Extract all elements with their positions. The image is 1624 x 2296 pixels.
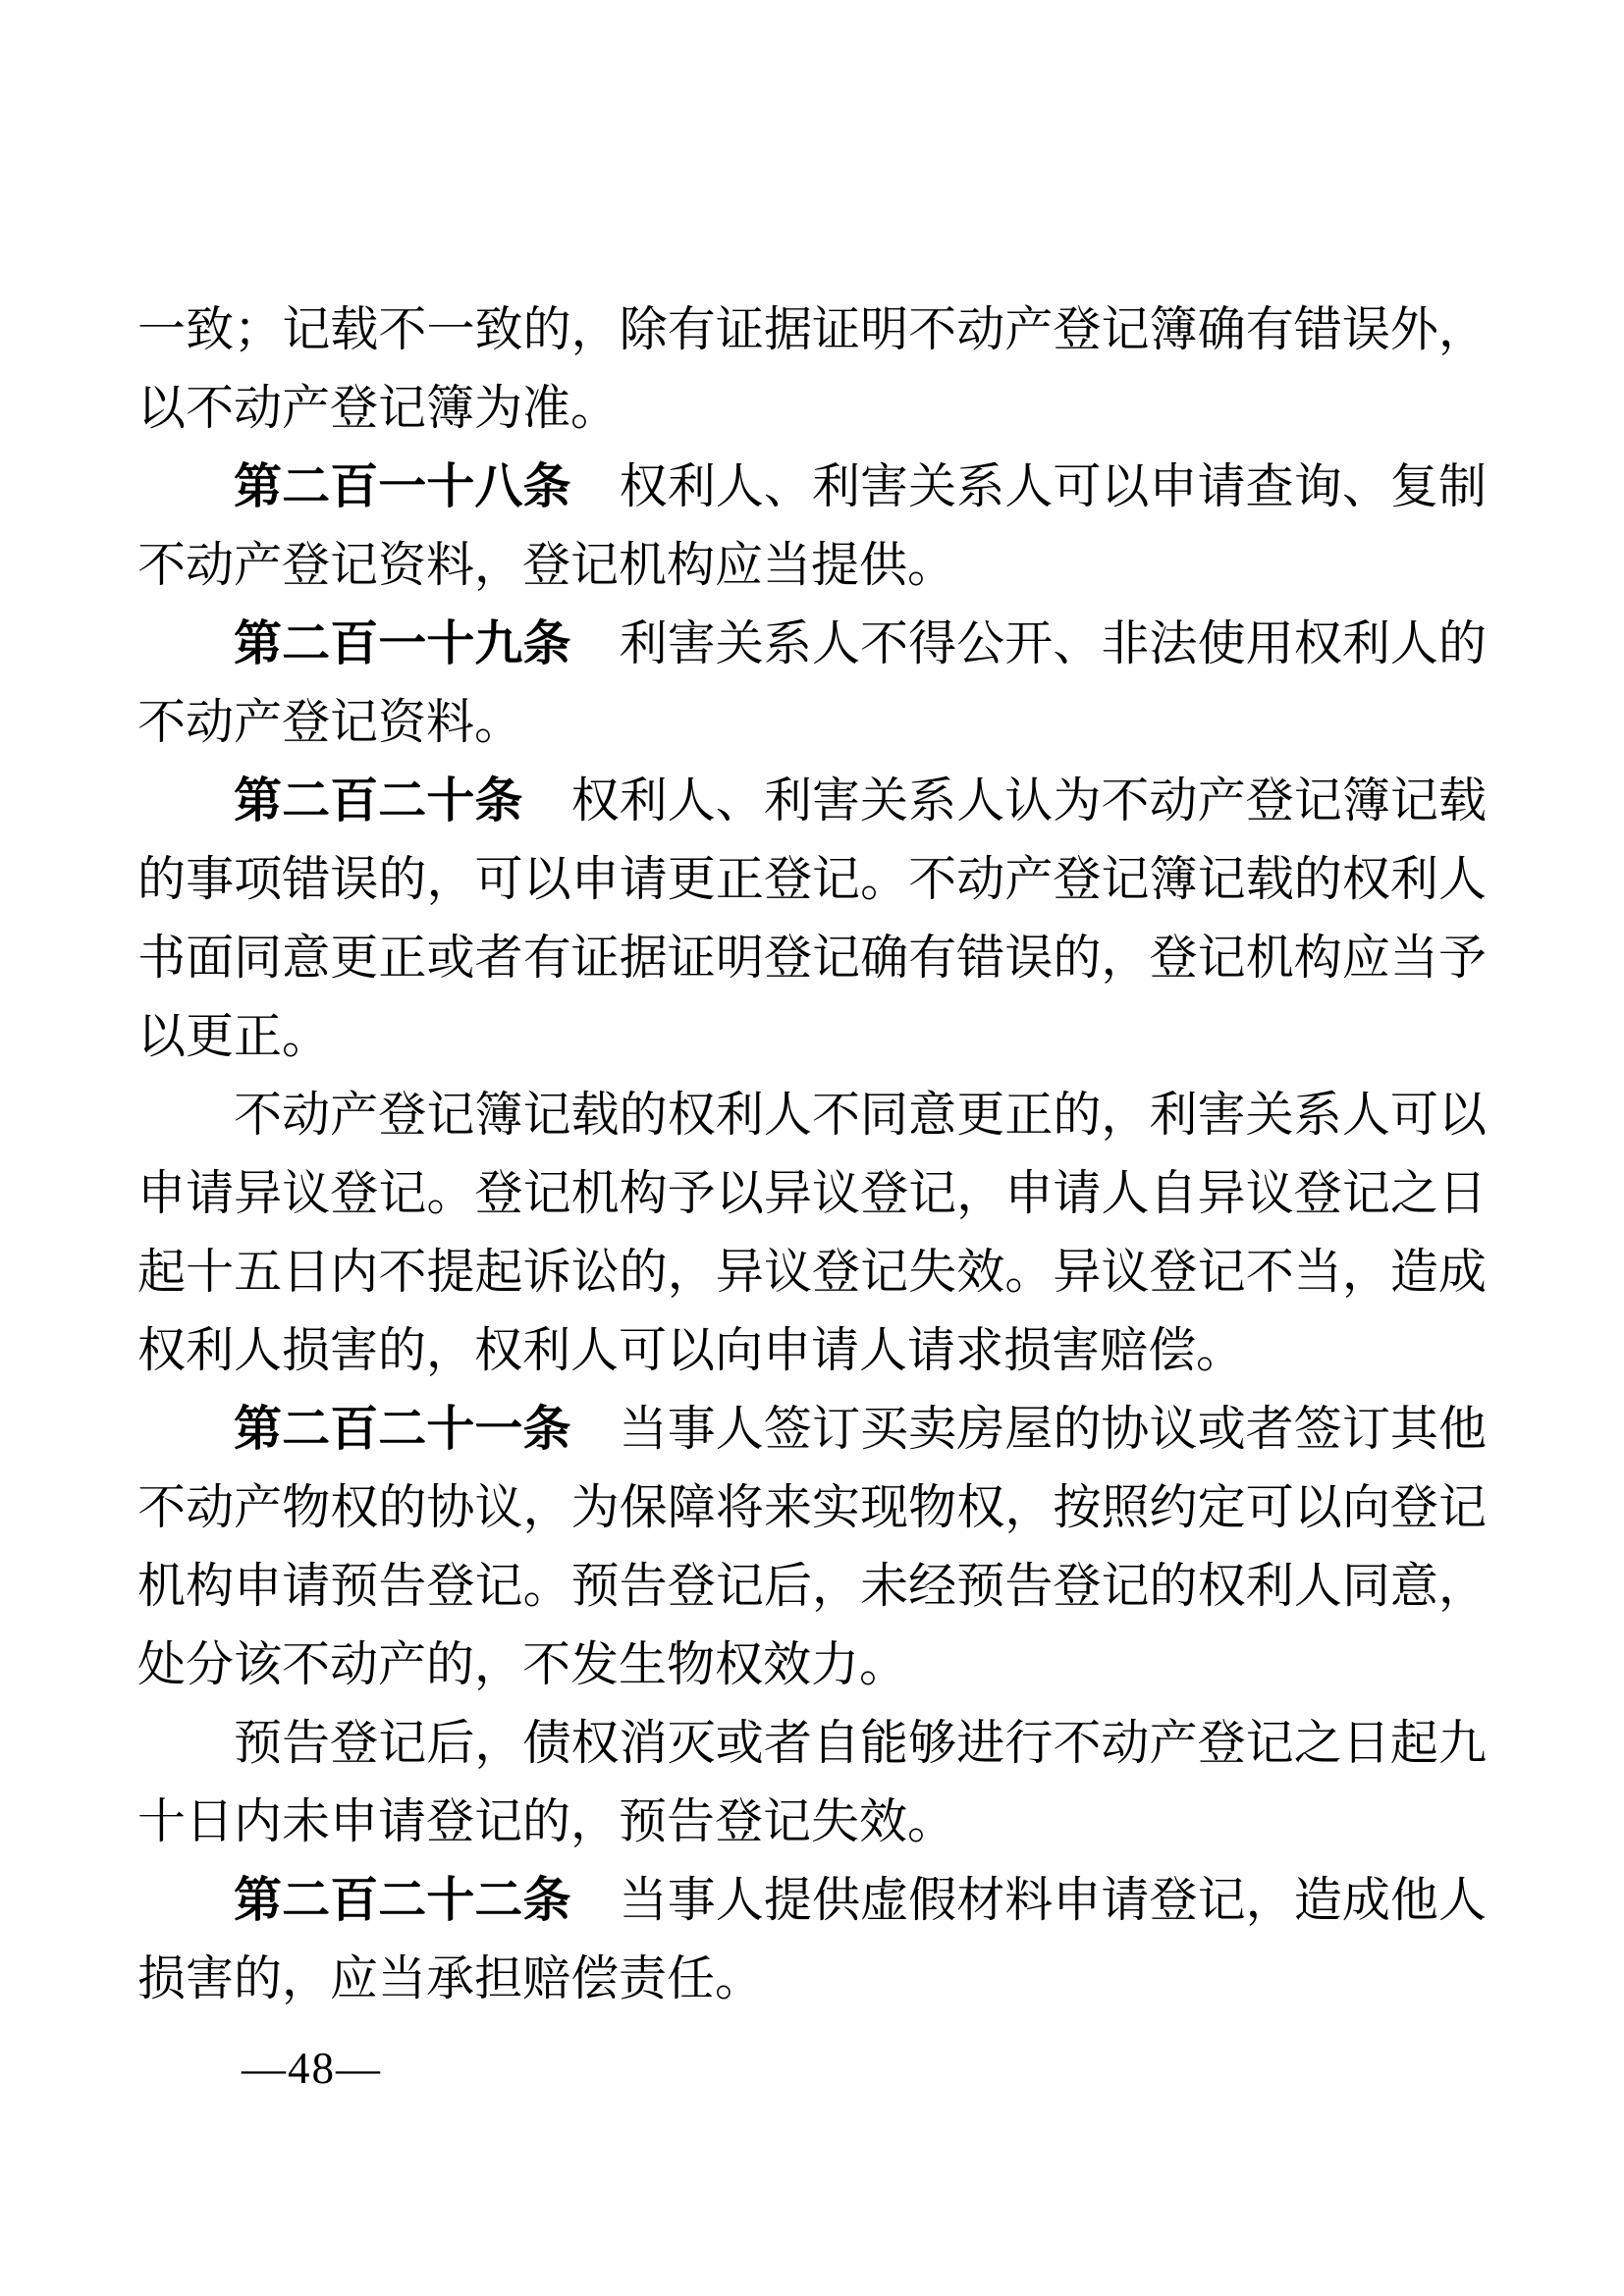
- paragraph: 第二百二十二条 当事人提供虚假材料申请登记，造成他人损害的，应当承担赔偿责任。: [137, 1861, 1487, 2018]
- article-number: 第二百二十一条: [234, 1403, 571, 1456]
- text-run: 一致；记载不一致的，除有证据证明不动产登记簿确有错误外，以不动产登记簿为准。: [137, 302, 1487, 435]
- paragraph: 第二百二十条 权利人、利害关系人认为不动产登记簿记载的事项错误的，可以申请更正登…: [137, 762, 1487, 1076]
- text-run: 预告登记后，债权消灭或者自能够进行不动产登记之日起九十日内未申请登记的，预告登记…: [137, 1716, 1487, 1848]
- paragraph: 不动产登记簿记载的权利人不同意更正的，利害关系人可以申请异议登记。登记机构予以异…: [137, 1076, 1487, 1390]
- paragraph: 第二百一十九条 利害关系人不得公开、非法使用权利人的不动产登记资料。: [137, 605, 1487, 762]
- paragraph: 一致；记载不一致的，除有证据证明不动产登记簿确有错误外，以不动产登记簿为准。: [137, 291, 1487, 448]
- article-number: 第二百二十条: [234, 774, 522, 828]
- article-number: 第二百一十八条: [234, 460, 571, 513]
- article-number: 第二百二十二条: [234, 1874, 571, 1927]
- document-body: 一致；记载不一致的，除有证据证明不动产登记簿确有错误外，以不动产登记簿为准。第二…: [137, 291, 1487, 2018]
- paragraph: 第二百二十一条 当事人签订买卖房屋的协议或者签订其他不动产物权的协议，为保障将来…: [137, 1390, 1487, 1704]
- article-number: 第二百一十九条: [234, 617, 571, 670]
- paragraph: 第二百一十八条 权利人、利害关系人可以申请查询、复制不动产登记资料，登记机构应当…: [137, 448, 1487, 605]
- document-page: 一致；记载不一致的，除有证据证明不动产登记簿确有错误外，以不动产登记簿为准。第二…: [0, 0, 1624, 2296]
- paragraph: 预告登记后，债权消灭或者自能够进行不动产登记之日起九十日内未申请登记的，预告登记…: [137, 1704, 1487, 1861]
- text-run: 不动产登记簿记载的权利人不同意更正的，利害关系人可以申请异议登记。登记机构予以异…: [137, 1088, 1487, 1377]
- page-number: —48—: [242, 2042, 382, 2095]
